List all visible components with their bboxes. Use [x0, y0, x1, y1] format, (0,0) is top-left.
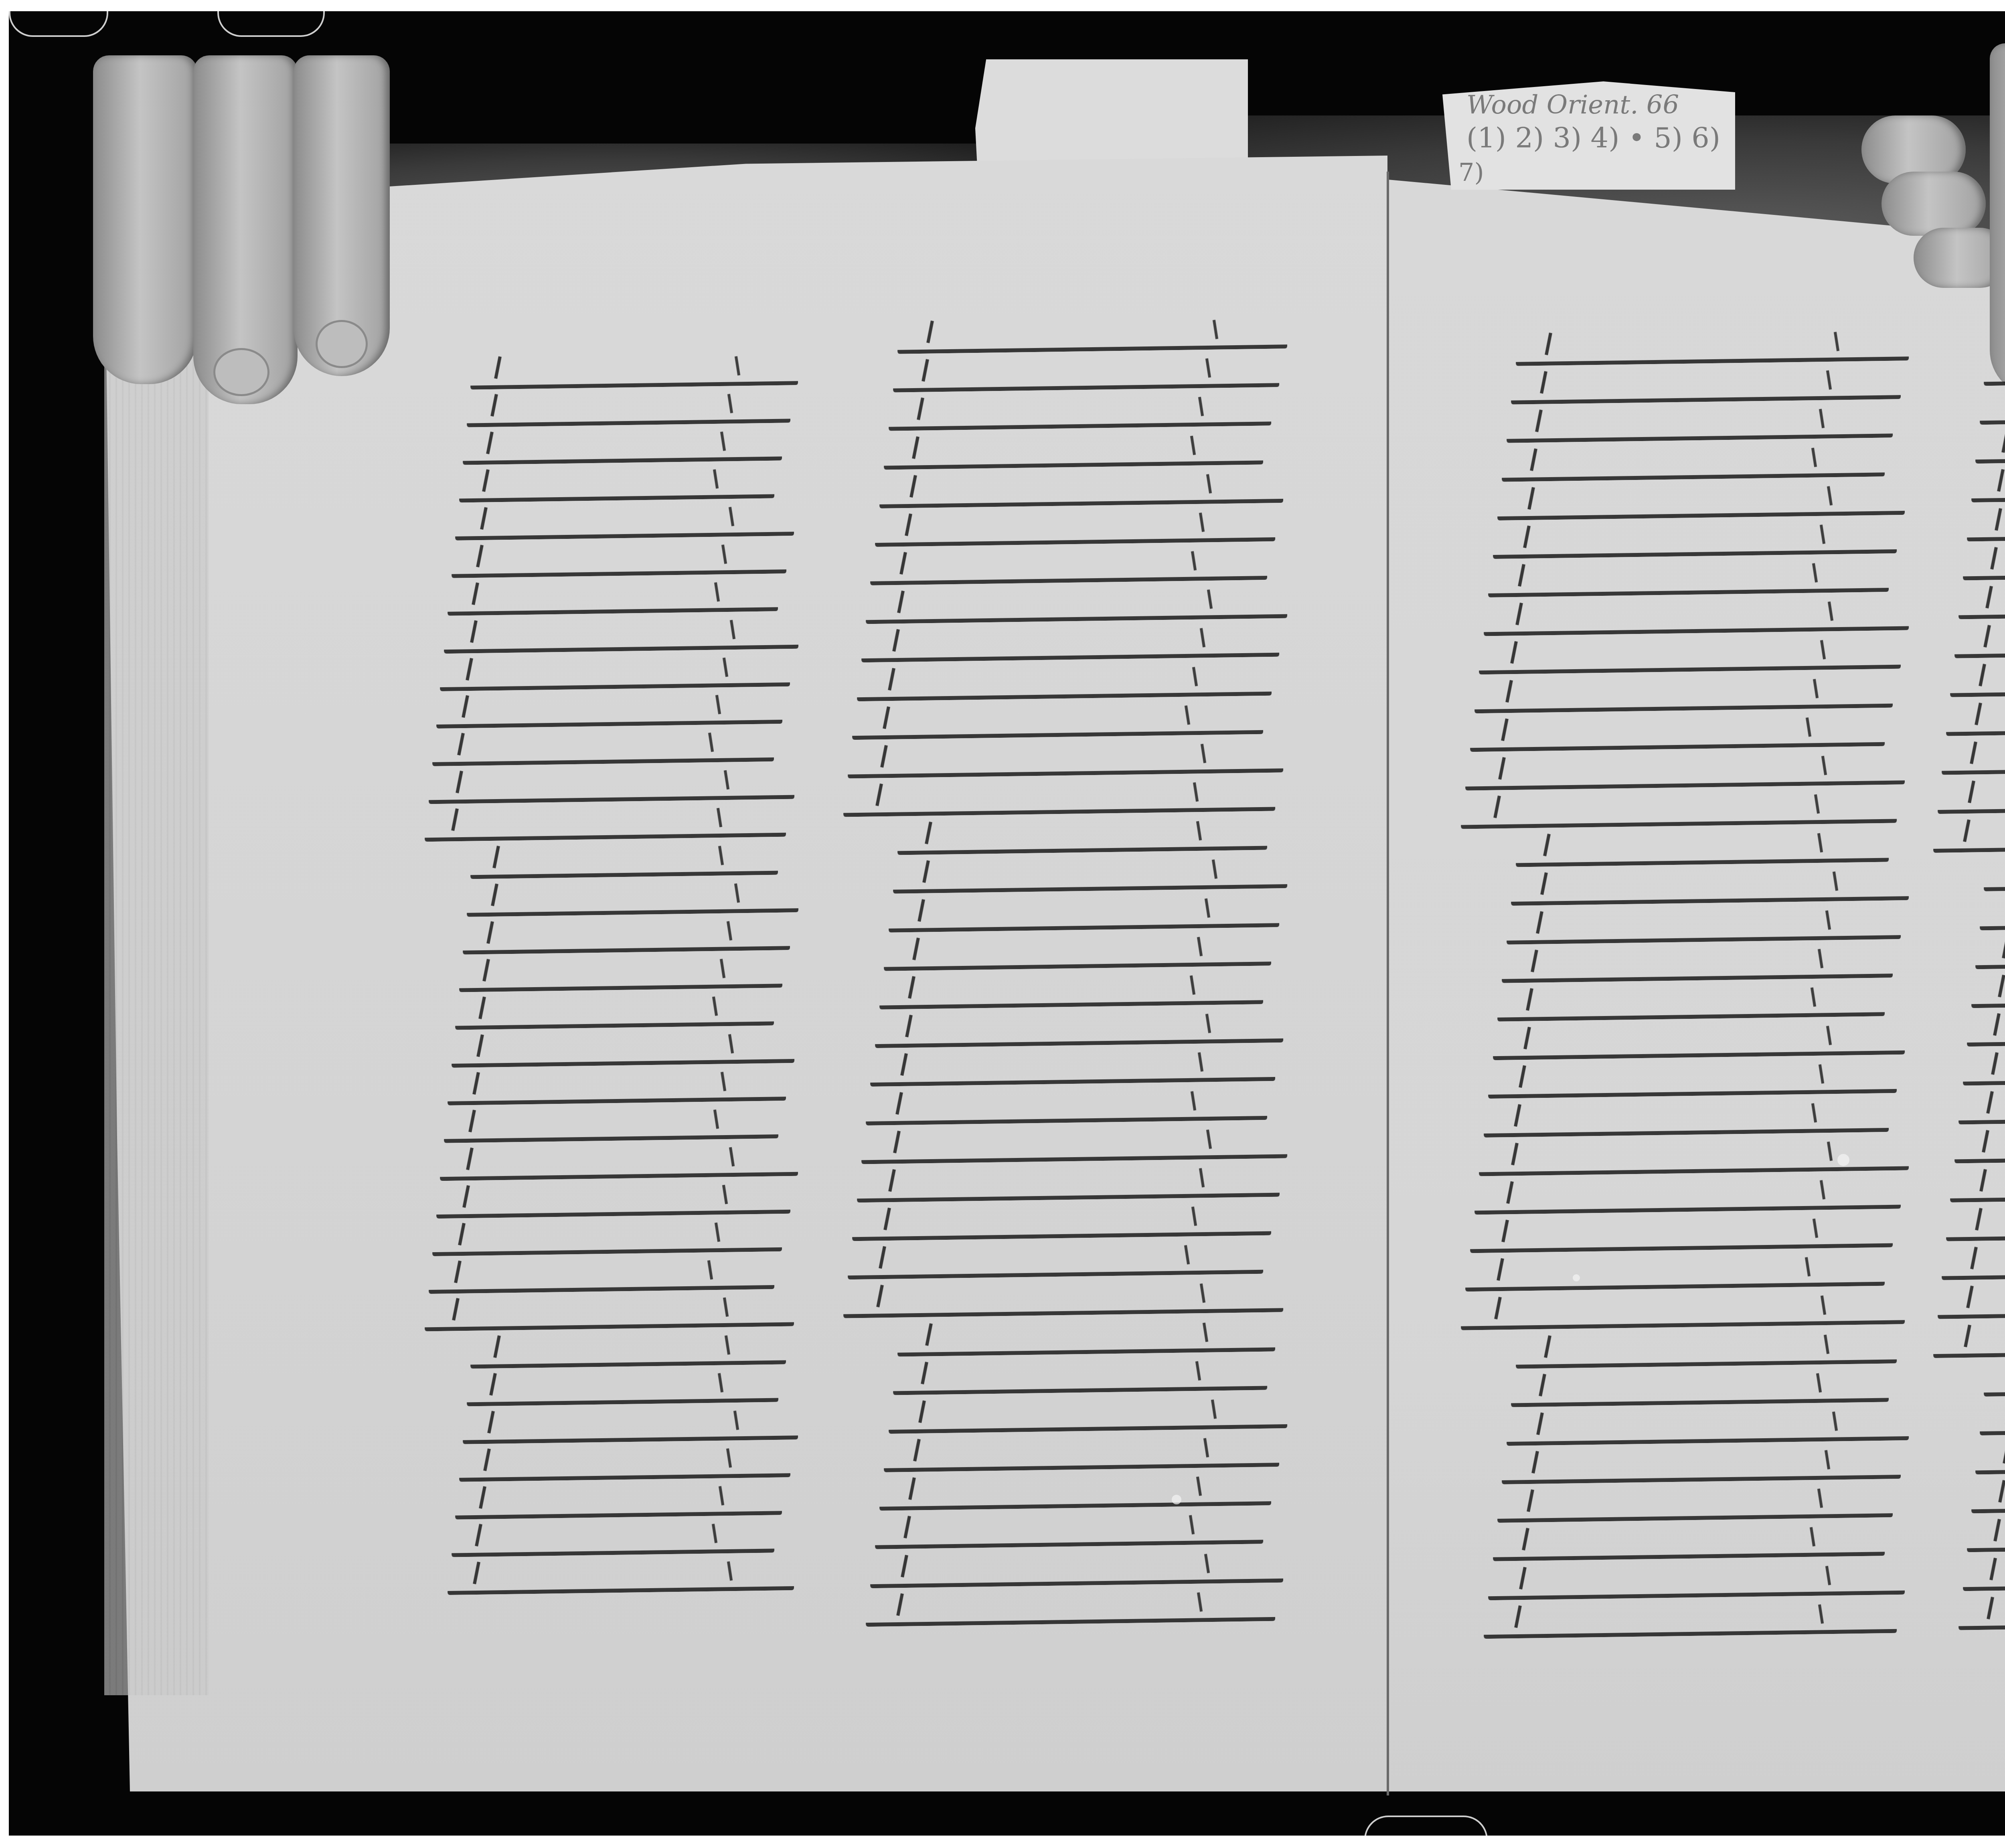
- script-line: [466, 1387, 778, 1407]
- script-line: [1502, 962, 1893, 983]
- script-line: [1962, 560, 2005, 580]
- script-line: [466, 897, 798, 917]
- script-line: [1470, 731, 1885, 752]
- script-line: [1958, 599, 2005, 619]
- script-line: [1497, 1001, 1885, 1021]
- dust-speck: [1837, 1154, 1849, 1166]
- script-line: [870, 1066, 1275, 1087]
- script-line: [1946, 1221, 2005, 1242]
- script-line: [893, 372, 1280, 392]
- script-line: [875, 526, 1275, 547]
- script-line: [470, 860, 778, 879]
- script-line: [1511, 1387, 1889, 1407]
- script-line: [852, 1220, 1271, 1241]
- script-line: [1975, 1454, 2005, 1475]
- label-line-3: 7): [1458, 158, 1484, 187]
- script-line: [1967, 1026, 2005, 1046]
- script-line: [843, 796, 1275, 817]
- script-line: [1488, 1579, 1905, 1600]
- script-line: [1958, 1104, 2005, 1125]
- script-line: [1979, 405, 2005, 425]
- script-line: [1967, 1532, 2005, 1552]
- script-line: [428, 1274, 774, 1294]
- script-line: [463, 445, 782, 465]
- script-line: [1488, 577, 1889, 597]
- shelfmark-label: Wood Orient. 66 (1) 2) 3) 4) • 5) 6) 7): [1442, 81, 1735, 190]
- script-line: [466, 407, 790, 427]
- dust-speck: [1573, 1274, 1580, 1281]
- script-line: [1465, 769, 1905, 790]
- finger: [93, 55, 197, 384]
- script-line: [425, 1311, 794, 1332]
- script-line: [1937, 1299, 2005, 1319]
- script-line: [463, 935, 790, 954]
- script-line: [1971, 482, 2005, 502]
- script-line: [1465, 1271, 1885, 1292]
- script-line: [1950, 1182, 2005, 1202]
- script-line: [1470, 1232, 1893, 1253]
- script-line: [1975, 443, 2005, 464]
- script-line: [1954, 638, 2005, 658]
- script-line: [1497, 500, 1905, 520]
- script-line: [436, 1198, 790, 1218]
- text-column-right-page-right: [1925, 368, 2005, 1651]
- script-line: [884, 950, 1271, 971]
- script-line: [463, 1424, 798, 1444]
- script-line: [451, 1048, 794, 1068]
- script-line: [1979, 1415, 2005, 1435]
- script-line: [1975, 949, 2005, 969]
- script-line: [888, 912, 1279, 933]
- script-line: [1971, 1493, 2005, 1514]
- left-hand: [93, 55, 398, 408]
- script-line: [1933, 832, 2005, 853]
- script-line: [455, 520, 794, 540]
- script-line: [448, 1575, 794, 1595]
- script-line: [428, 784, 794, 804]
- script-line: [448, 596, 778, 616]
- script-line: [1497, 1502, 1893, 1523]
- script-line: [436, 708, 782, 729]
- script-line: [455, 1500, 782, 1519]
- script-line: [861, 642, 1280, 663]
- script-line: [1979, 910, 2005, 930]
- script-line: [1942, 754, 2005, 775]
- script-line: [440, 1160, 798, 1180]
- script-line: [1515, 345, 1909, 366]
- script-line: [451, 558, 786, 578]
- script-line: [432, 746, 774, 766]
- film-sprocket: [1364, 1816, 1488, 1836]
- script-line: [893, 1374, 1268, 1395]
- script-line: [1502, 1463, 1901, 1484]
- script-line: [888, 1413, 1287, 1434]
- script-line: [1484, 1116, 1889, 1137]
- script-line: [852, 719, 1263, 740]
- script-line: [470, 370, 798, 389]
- script-line: [470, 1349, 786, 1369]
- script-line: [875, 1027, 1283, 1048]
- text-column-right-page-left: [1452, 348, 1909, 1659]
- script-line: [1479, 654, 1901, 675]
- script-line: [1461, 808, 1897, 829]
- photo-frame: Wood Orient. 66 (1) 2) 3) 4) • 5) 6) 7) …: [9, 11, 2005, 1836]
- film-sprocket: [9, 11, 108, 37]
- script-line: [1507, 1425, 1909, 1446]
- script-line: [1933, 1337, 2005, 1358]
- script-line: [857, 1182, 1279, 1203]
- script-line: [879, 488, 1283, 508]
- script-line: [1502, 461, 1885, 482]
- script-line: [1493, 1039, 1905, 1060]
- script-line: [866, 1606, 1275, 1627]
- script-line: [1507, 423, 1893, 443]
- script-line: [1484, 615, 1909, 636]
- script-line: [448, 1085, 786, 1105]
- script-line: [1515, 847, 1889, 867]
- script-line: [1946, 715, 2005, 736]
- script-line: [1515, 1348, 1897, 1368]
- script-line: [444, 1123, 778, 1143]
- script-line: [440, 671, 790, 691]
- script-line: [866, 1105, 1267, 1125]
- script-line: [888, 411, 1271, 431]
- script-line: [897, 333, 1287, 354]
- script-line: [884, 449, 1263, 470]
- script-line: [1954, 1143, 2005, 1164]
- script-line: [425, 822, 786, 842]
- script-line: [1942, 1260, 2005, 1281]
- label-line-1: Wood Orient. 66: [1466, 90, 1679, 120]
- script-line: [1962, 1065, 2005, 1086]
- script-line: [861, 1143, 1288, 1164]
- script-line: [1962, 1571, 2005, 1591]
- script-line: [1984, 1376, 2005, 1397]
- script-line: [459, 1462, 790, 1482]
- script-line: [870, 1567, 1283, 1588]
- script-line: [884, 1451, 1279, 1472]
- script-line: [1950, 676, 2005, 697]
- text-column-left-page-right: [834, 336, 1287, 1647]
- left-page-edge: [104, 292, 209, 1695]
- script-line: [1493, 1541, 1885, 1562]
- script-line: [1484, 1618, 1897, 1639]
- script-line: [459, 483, 774, 502]
- script-line: [1937, 793, 2005, 814]
- script-line: [444, 633, 798, 653]
- script-line: [848, 757, 1284, 778]
- label-line-2: (1) 2) 3) 4) • 5) 6): [1466, 121, 1720, 154]
- script-line: [1967, 521, 2005, 541]
- script-line: [1958, 1609, 2005, 1630]
- script-line: [1474, 1193, 1901, 1214]
- script-line: [459, 972, 782, 992]
- dust-speck: [1172, 1495, 1181, 1504]
- script-line: [1511, 384, 1901, 405]
- script-line: [1984, 871, 2005, 891]
- script-line: [451, 1537, 774, 1557]
- script-line: [879, 989, 1263, 1009]
- script-line: [1474, 692, 1893, 713]
- script-line: [870, 565, 1267, 585]
- script-line: [875, 1529, 1263, 1550]
- script-line: [879, 1490, 1271, 1511]
- script-line: [893, 873, 1288, 894]
- script-line: [843, 1297, 1283, 1318]
- script-line: [455, 1010, 774, 1030]
- script-line: [1461, 1309, 1905, 1330]
- text-column-left-page-left: [417, 372, 798, 1615]
- script-line: [1971, 988, 2005, 1008]
- book-gutter: [1387, 172, 1389, 1795]
- script-line: [848, 1259, 1264, 1279]
- script-line: [1511, 885, 1909, 906]
- film-sprocket: [217, 11, 325, 37]
- script-line: [897, 1336, 1275, 1356]
- thumb: [1990, 43, 2005, 396]
- finger: [1881, 172, 1986, 236]
- script-line: [857, 680, 1271, 701]
- script-line: [866, 603, 1287, 624]
- script-line: [897, 835, 1267, 855]
- script-line: [432, 1236, 782, 1256]
- script-line: [1488, 1078, 1897, 1099]
- script-line: [1493, 538, 1897, 559]
- script-line: [1984, 366, 2005, 386]
- fingernail: [316, 320, 368, 368]
- fingernail: [213, 348, 269, 396]
- script-line: [1507, 924, 1901, 945]
